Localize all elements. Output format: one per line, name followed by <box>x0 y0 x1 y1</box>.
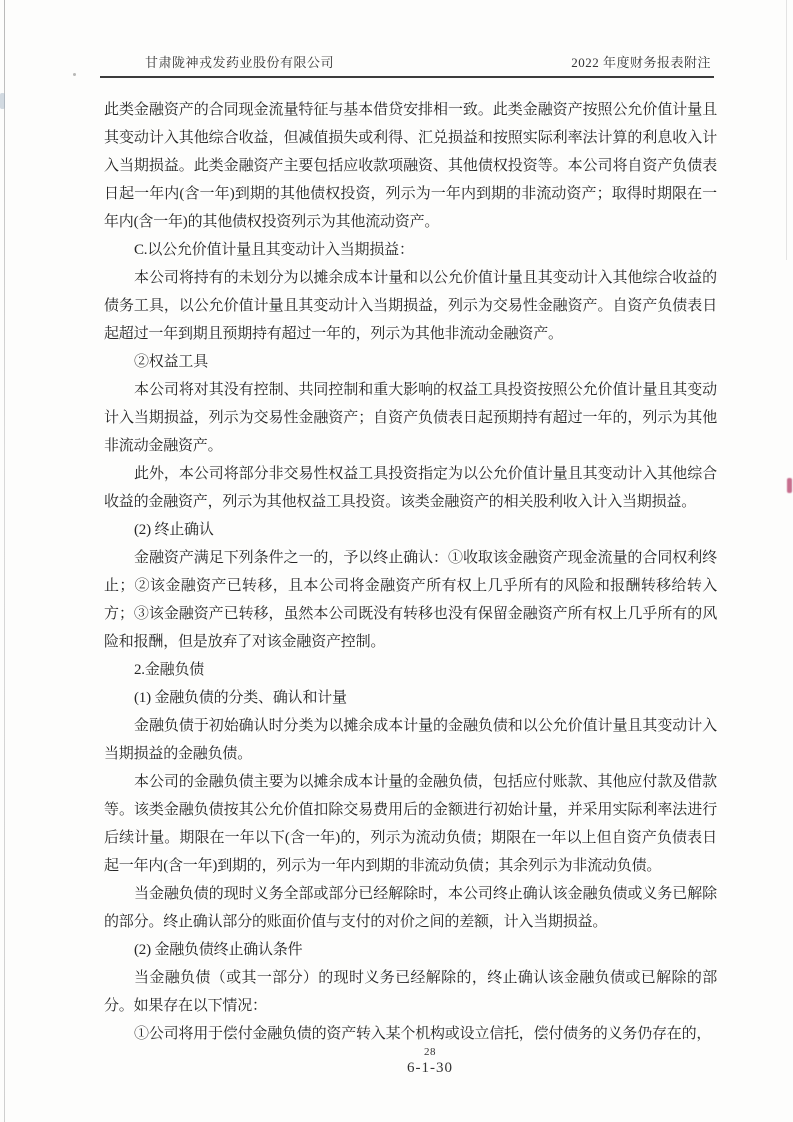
paragraph: ①公司将用于偿付金融负债的资产转入某个机构或设立信托，偿付债务的义务仍存在的， <box>104 1020 717 1048</box>
paragraph: 本公司将持有的未划分为以摊余成本计量和以公允价值计量且其变动计入其他综合收益的债… <box>104 264 717 348</box>
paragraph: (2) 金融负债终止确认条件 <box>104 936 717 964</box>
scan-edge-right <box>786 0 787 260</box>
paragraph: 金融资产满足下列条件之一的，予以终止确认：①收取该金融资产现金流量的合同权利终止… <box>104 544 717 656</box>
paragraph: C.以公允价值计量且其变动计入当期损益： <box>104 236 717 264</box>
paragraph: 当金融负债（或其一部分）的现时义务已经解除的，终止确认该金融负债或已解除的部分。… <box>104 964 717 1020</box>
paragraph: 此类金融资产的合同现金流量特征与基本借贷安排相一致。此类金融资产按照公允价值计量… <box>104 96 717 236</box>
paragraph: 本公司的金融负债主要为以摊余成本计量的金融负债，包括应付账款、其他应付款及借款等… <box>104 768 717 880</box>
header-rule <box>100 76 714 78</box>
header-doc-title: 2022 年度财务报表附注 <box>571 52 711 71</box>
scan-mark-red <box>787 478 792 493</box>
header-company-name: 甘肃陇神戎发药业股份有限公司 <box>145 52 334 71</box>
scan-edge-left <box>4 0 5 1122</box>
footer-doc-code: 6-1-30 <box>0 1058 793 1078</box>
paragraph: (1) 金融负债的分类、确认和计量 <box>104 684 717 712</box>
paragraph: 本公司将对其没有控制、共同控制和重大影响的权益工具投资按照公允价值计量且其变动计… <box>104 376 717 460</box>
paragraph: 金融负债于初始确认时分类为以摊余成本计量的金融负债和以公允价值计量且其变动计入当… <box>104 712 717 768</box>
body-paragraphs: 此类金融资产的合同现金流量特征与基本借贷安排相一致。此类金融资产按照公允价值计量… <box>104 96 717 1048</box>
scanned-document-page: 甘肃陇神戎发药业股份有限公司 2022 年度财务报表附注 此类金融资产的合同现金… <box>0 0 793 1122</box>
paragraph: 2.金融负债 <box>104 656 717 684</box>
paragraph: ②权益工具 <box>104 348 717 376</box>
page-footer: 28 6-1-30 <box>0 1046 793 1078</box>
paragraph: (2) 终止确认 <box>104 516 717 544</box>
paragraph: 此外，本公司将部分非交易性权益工具投资指定为以公允价值计量且其变动计入其他综合收… <box>104 460 717 516</box>
footer-page-number: 28 <box>0 1046 793 1058</box>
scan-smudge-blue <box>0 93 5 109</box>
paragraph: 当金融负债的现时义务全部或部分已经解除时，本公司终止确认该金融负债或义务已解除的… <box>104 880 717 936</box>
scan-dot <box>73 73 76 76</box>
